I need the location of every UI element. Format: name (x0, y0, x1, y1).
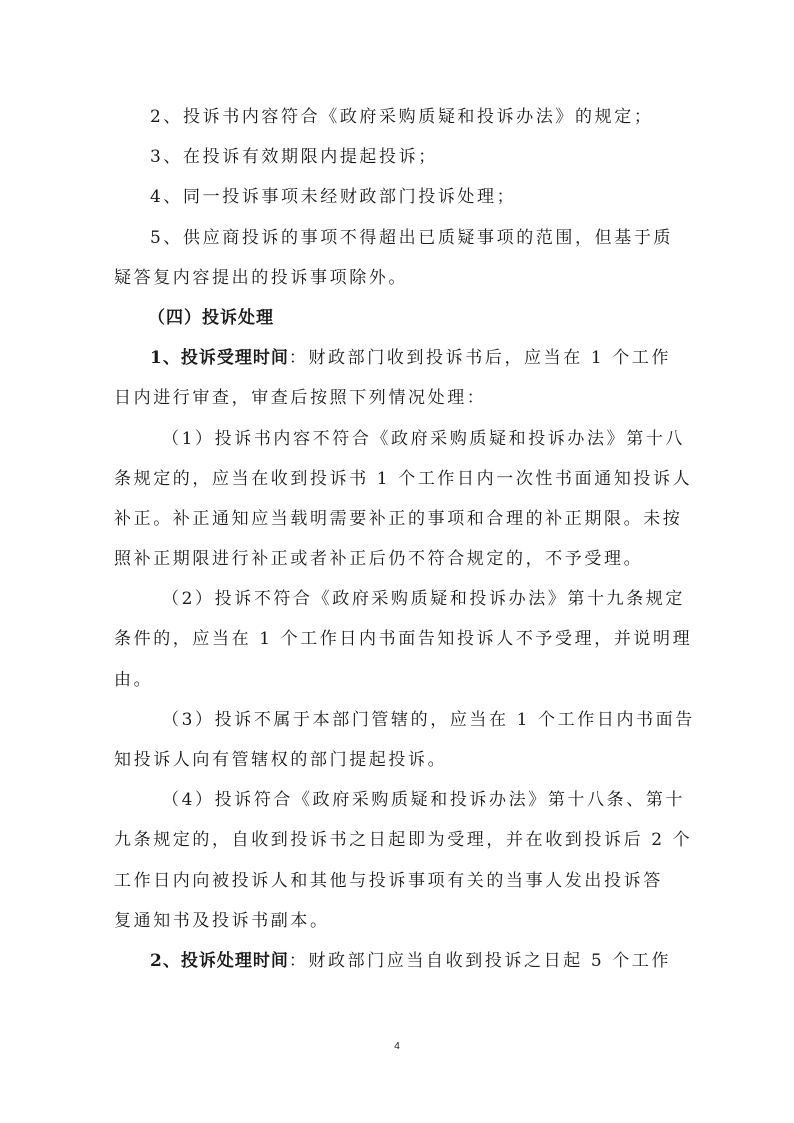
sub1-line2: 条规定的，应当在收到投诉书 1 个工作日内一次性书面通知投诉人 (114, 459, 684, 499)
condition-item-5: 5、供应商投诉的事项不得超出已质疑事项的范围，但基于质 (114, 218, 684, 258)
sub2-line2: 条件的，应当在 1 个工作日内书面告知投诉人不予受理，并说明理 (114, 619, 684, 659)
sub1-line1: （1）投诉书内容不符合《政府采购质疑和投诉办法》第十八 (114, 419, 684, 459)
sub4-line3: 工作日内向被投诉人和其他与投诉事项有关的当事人发出投诉答 (114, 861, 684, 901)
sub4-line1: （4）投诉符合《政府采购质疑和投诉办法》第十八条、第十 (114, 780, 684, 820)
item2-text: ：财政部门应当自收到投诉之日起 5 个工作 (289, 951, 671, 971)
sub3-line1: （3）投诉不属于本部门管辖的，应当在 1 个工作日内书面告 (114, 700, 684, 740)
document-body: 2、投诉书内容符合《政府采购质疑和投诉办法》的规定； 3、在投诉有效期限内提起投… (114, 97, 684, 981)
sub3-line2: 知投诉人向有管辖权的部门提起投诉。 (114, 740, 684, 780)
sub4-line2: 九条规定的，自收到投诉书之日起即为受理，并在收到投诉后 2 个 (114, 820, 684, 860)
document-page: 2、投诉书内容符合《政府采购质疑和投诉办法》的规定； 3、在投诉有效期限内提起投… (0, 0, 794, 1123)
item2-line1: 2、投诉处理时间：财政部门应当自收到投诉之日起 5 个工作 (114, 941, 684, 981)
item1-line1: 1、投诉受理时间：财政部门收到投诉书后，应当在 1 个工作 (114, 338, 684, 378)
condition-item-4: 4、同一投诉事项未经财政部门投诉处理； (114, 177, 684, 217)
item1-text: ：财政部门收到投诉书后，应当在 1 个工作 (289, 348, 671, 368)
sub1-line3: 补正。补正通知应当载明需要补正的事项和合理的补正期限。未按 (114, 499, 684, 539)
condition-item-3: 3、在投诉有效期限内提起投诉； (114, 137, 684, 177)
section-heading: （四）投诉处理 (114, 298, 684, 338)
sub2-line3: 由。 (114, 660, 684, 700)
condition-item-5-cont: 疑答复内容提出的投诉事项除外。 (114, 258, 684, 298)
page-number: 4 (0, 1041, 794, 1052)
item1-line2: 日内进行审查，审查后按照下列情况处理： (114, 378, 684, 418)
item2-label: 2、投诉处理时间 (150, 951, 289, 971)
sub1-line4: 照补正期限进行补正或者补正后仍不符合规定的，不予受理。 (114, 539, 684, 579)
item1-label: 1、投诉受理时间 (150, 348, 289, 368)
sub2-line1: （2）投诉不符合《政府采购质疑和投诉办法》第十九条规定 (114, 579, 684, 619)
sub4-line4: 复通知书及投诉书副本。 (114, 901, 684, 941)
condition-item-2: 2、投诉书内容符合《政府采购质疑和投诉办法》的规定； (114, 97, 684, 137)
